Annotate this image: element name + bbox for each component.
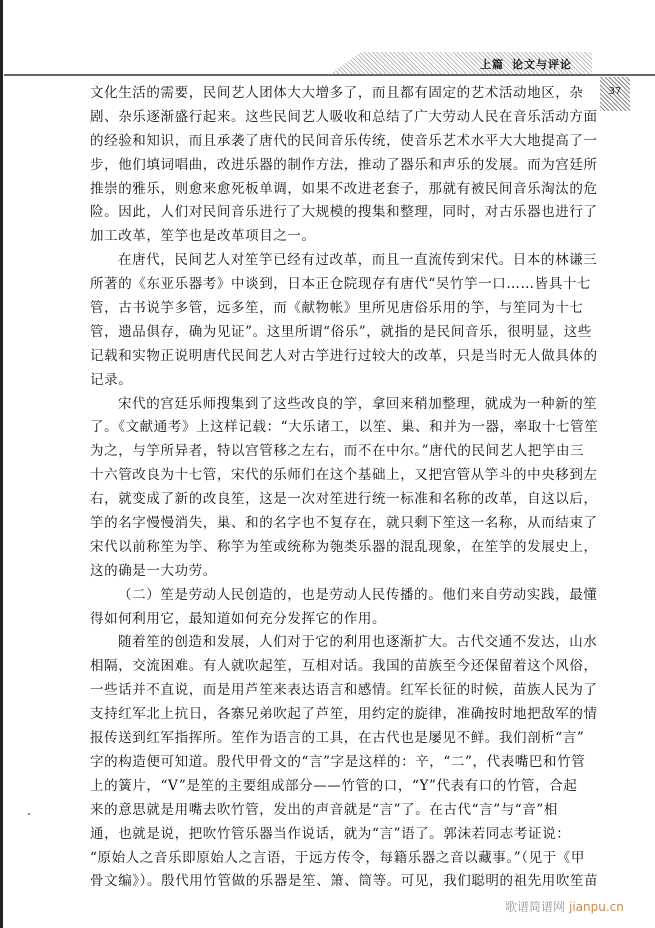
text-line: 险。因此，人们对民间音乐进行了大规模的搜集和整理，同时，对古乐器也进行了 xyxy=(90,201,580,225)
text-line: 记载和实物正说明唐代民间艺人对古竽进行过较大的改革，只是当时无人做具体的 xyxy=(90,345,580,369)
text-line: 相隔，交流困难。有人就吹起笙，互相对话。我国的苗族至今还保留着这个风俗， xyxy=(90,655,580,679)
text-line: 来的意思就是用嘴去吹竹管，发出的声音就是“言”了。在古代“言”与“音”相 xyxy=(90,799,580,823)
text-line: 十六管改良为十七管，宋代的乐师们在这个基础上，又把宫管从竽斗的中央移到左 xyxy=(90,464,580,488)
text-line: 加工改革，笙竽也是改革项目之一。 xyxy=(90,225,580,249)
body-text: 文化生活的需要，民间艺人团体大大增多了，而且都有固定的艺术活动地区，杂剧、杂乐逐… xyxy=(90,82,580,894)
text-line: 剧、杂乐逐渐盛行起来。这些民间艺人吸收和总结了广大劳动人民在音乐活动方面 xyxy=(90,106,580,130)
watermark: 歌谱简谱网jianpu.cn xyxy=(505,898,624,915)
text-line: 推崇的雅乐，则愈来愈死板单调，如果不改进老套子，那就有被民间音乐淘汰的危 xyxy=(90,178,580,202)
text-line: 的经验和知识，而且承袭了唐代的民间音乐传统，使音乐艺术水平大大地提高了一 xyxy=(90,130,580,154)
text-line: 竽的名字慢慢消失，巢、和的名字也不复存在，就只剩下笙这一名称，从而结束了 xyxy=(90,512,580,536)
text-line: 字的构造便可知道。殷代甲骨文的“言”字是这样的：䇂，“二”，代表嘴巴和竹管 xyxy=(90,751,580,775)
text-line: “原始人之音乐即原始人之言语，于远方传令，每籍乐器之音以藏事。”（见于《甲 xyxy=(90,847,580,871)
header-rule xyxy=(4,74,655,76)
text-line: 为之，与竽所异者，特以宫管移之左右，而不在中尔。”唐代的民间艺人把竽由三 xyxy=(90,440,580,464)
text-line: 一些话并不直说，而是用芦笙来表达语言和感情。红军长征的时候，苗族人民为了 xyxy=(90,679,580,703)
page-number: 37 xyxy=(600,77,630,111)
watermark-cn: 歌谱简谱网 xyxy=(505,900,565,914)
text-line: 通，也就是说，把吹竹管乐器当作说话，就为“言”语了。郭沫若同志考证说： xyxy=(90,823,580,847)
text-line: 宋代以前称笙为竽、称竽为笙或统称为匏类乐器的混乱现象，在笙竽的发展史上， xyxy=(90,536,580,560)
text-line: 管，古书说竽多管，远多笙，而《献物帐》里所见唐俗乐用的竽，与笙同为十七 xyxy=(90,297,580,321)
watermark-en: jianpu.cn xyxy=(569,900,624,914)
text-line: 宋代的宫廷乐师搜集到了这些改良的竽，拿回来稍加整理，就成为一种新的笙 xyxy=(90,393,580,417)
text-line: （二）笙是劳动人民创造的，也是劳动人民传播的。他们来自劳动实践，最懂 xyxy=(90,584,580,608)
text-line: 这的确是一大功劳。 xyxy=(90,560,580,584)
page-left-border xyxy=(0,0,3,928)
text-line: 记录。 xyxy=(90,369,580,393)
text-line: 文化生活的需要，民间艺人团体大大增多了，而且都有固定的艺术活动地区，杂 xyxy=(90,82,580,106)
text-line: 所著的《东亚乐器考》中谈到，日本正仓院现存有唐代“吴竹竽一口……皆具十七 xyxy=(90,273,580,297)
text-line: 右，就变成了新的改良笙，这是一次对笙进行统一标准和名称的改革，自这以后， xyxy=(90,488,580,512)
text-line: 随着笙的创造和发展，人们对于它的利用也逐渐扩大。古代交通不发达，山水 xyxy=(90,631,580,655)
scan-speck xyxy=(28,813,30,815)
header-title: 论文与评论 xyxy=(512,58,572,71)
text-line: 上的簧片，“V”是笙的主要组成部分——竹管的口，“Y”代表有口的竹管，合起 xyxy=(90,775,580,799)
text-line: 在唐代，民间艺人对笙竽已经有过改革，而且一直流传到宋代。日本的林谦三 xyxy=(90,249,580,273)
text-line: 管，遗品俱存，确为见证”。这里所谓“俗乐”，就指的是民间音乐，很明显，这些 xyxy=(90,321,580,345)
text-line: 支持红军北上抗日，各寨兄弟吹起了芦笙，用约定的旋律，准确按时地把敌军的情 xyxy=(90,703,580,727)
running-header: 上篇论文与评论 xyxy=(480,56,580,72)
text-line: 报传送到红军指挥所。笙作为语言的工具，在古代也是屡见不鲜。我们剖析“言” xyxy=(90,727,580,751)
header-section: 上篇 xyxy=(480,58,504,71)
text-line: 步，他们填词唱曲，改进乐器的制作方法，推动了器乐和声乐的发展。而为宫廷所 xyxy=(90,154,580,178)
text-line: 了。《文献通考》上这样记载：“大乐诸工，以笙、巢、和并为一器，率取十七管笙 xyxy=(90,416,580,440)
text-line: 得如何利用它，最知道如何充分发挥它的作用。 xyxy=(90,608,580,632)
text-line: 骨文编》）。殷代用竹管做的乐器是笙、箫、筒等。可见，我们聪明的祖先用吹笙苗 xyxy=(90,870,580,894)
